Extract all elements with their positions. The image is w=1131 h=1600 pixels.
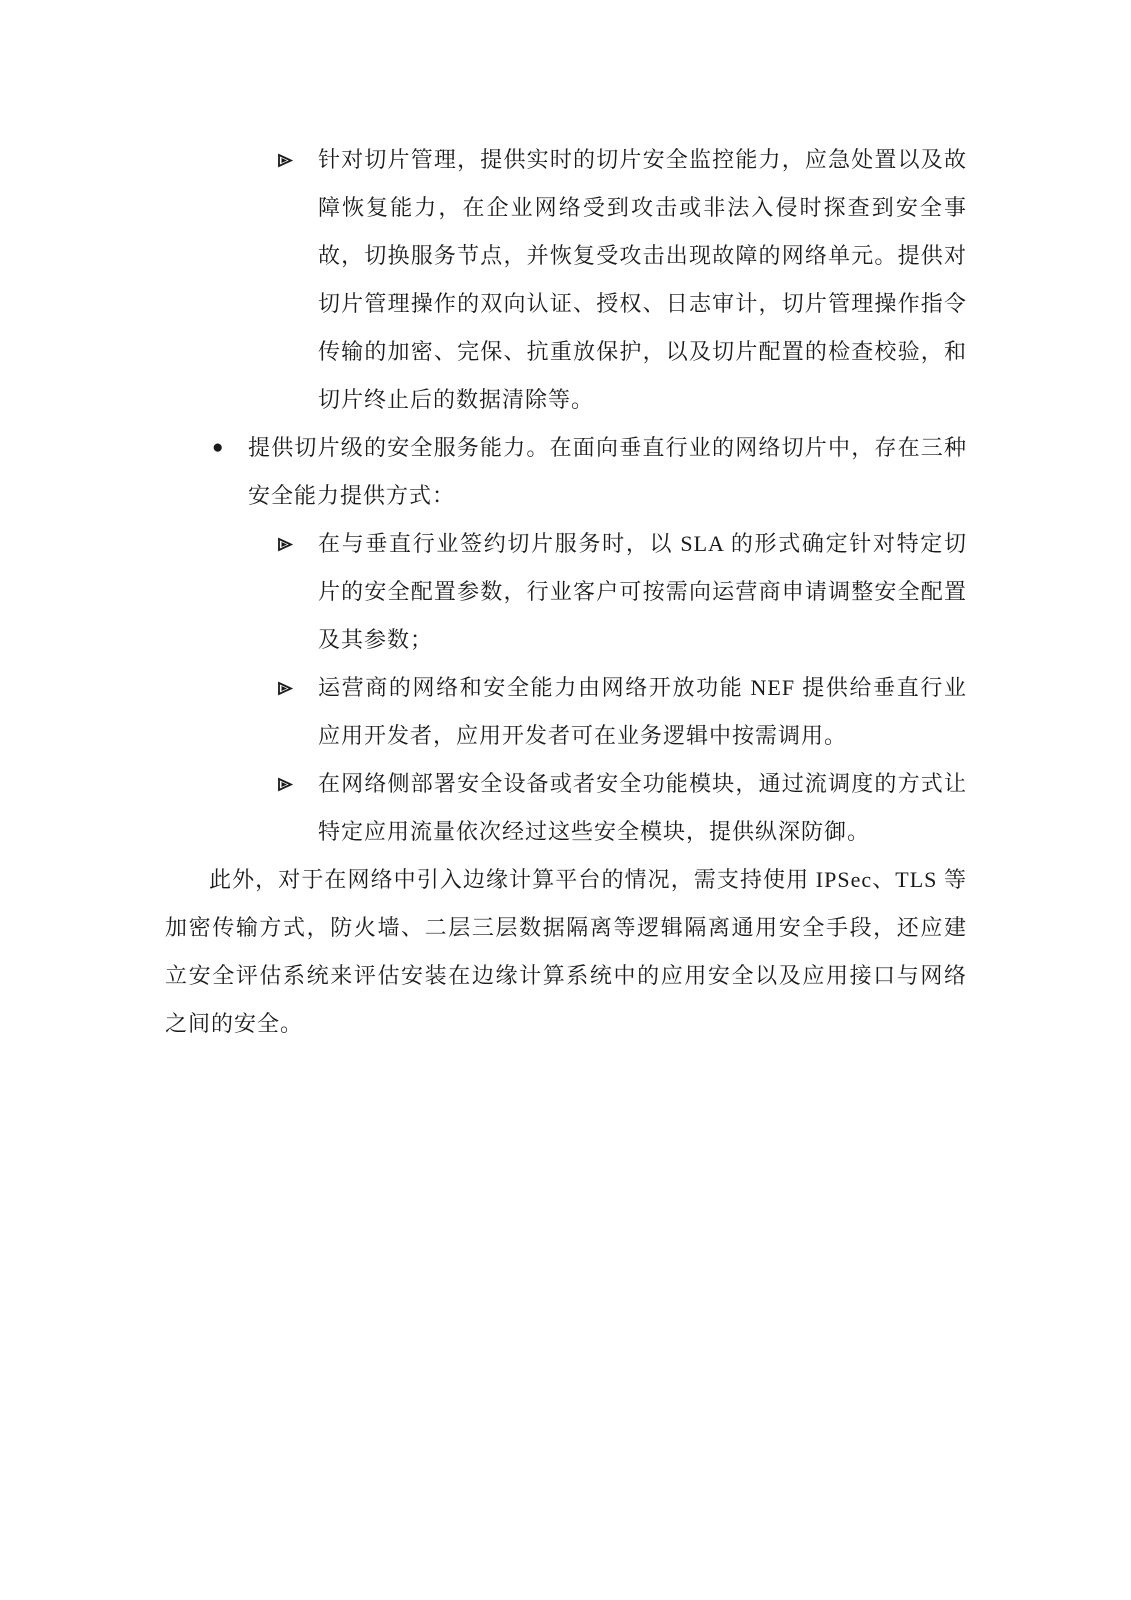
arrow-bullet-icon xyxy=(277,520,318,568)
list-item-text: 运营商的网络和安全能力由网络开放功能 NEF 提供给垂直行业应用开发者，应用开发… xyxy=(318,664,967,760)
arrow-bullet-icon xyxy=(277,664,318,712)
arrow-bullet-icon xyxy=(277,760,318,808)
list-item-text: 提供切片级的安全服务能力。在面向垂直行业的网络切片中，存在三种安全能力提供方式： xyxy=(248,424,967,520)
list-item-text: 在与垂直行业签约切片服务时，以 SLA 的形式确定针对特定切片的安全配置参数，行… xyxy=(318,520,967,664)
list-item-sla-config: 在与垂直行业签约切片服务时，以 SLA 的形式确定针对特定切片的安全配置参数，行… xyxy=(165,520,967,664)
list-item-slice-management: 针对切片管理，提供实时的切片安全监控能力，应急处置以及故障恢复能力，在企业网络受… xyxy=(165,136,967,424)
list-item-nef-capability: 运营商的网络和安全能力由网络开放功能 NEF 提供给垂直行业应用开发者，应用开发… xyxy=(165,664,967,760)
list-item-slice-level-security: ● 提供切片级的安全服务能力。在面向垂直行业的网络切片中，存在三种安全能力提供方… xyxy=(165,424,967,520)
closing-paragraph: 此外，对于在网络中引入边缘计算平台的情况，需支持使用 IPSec、TLS 等加密… xyxy=(165,856,967,1048)
list-item-text: 针对切片管理，提供实时的切片安全监控能力，应急处置以及故障恢复能力，在企业网络受… xyxy=(318,136,967,424)
document-content: 针对切片管理，提供实时的切片安全监控能力，应急处置以及故障恢复能力，在企业网络受… xyxy=(165,136,967,1048)
list-item-network-side-security: 在网络侧部署安全设备或者安全功能模块，通过流调度的方式让特定应用流量依次经过这些… xyxy=(165,760,967,856)
disc-bullet-icon: ● xyxy=(212,424,248,472)
list-item-text: 在网络侧部署安全设备或者安全功能模块，通过流调度的方式让特定应用流量依次经过这些… xyxy=(318,760,967,856)
arrow-bullet-icon xyxy=(277,136,318,184)
document-page: 针对切片管理，提供实时的切片安全监控能力，应急处置以及故障恢复能力，在企业网络受… xyxy=(0,0,1131,1600)
